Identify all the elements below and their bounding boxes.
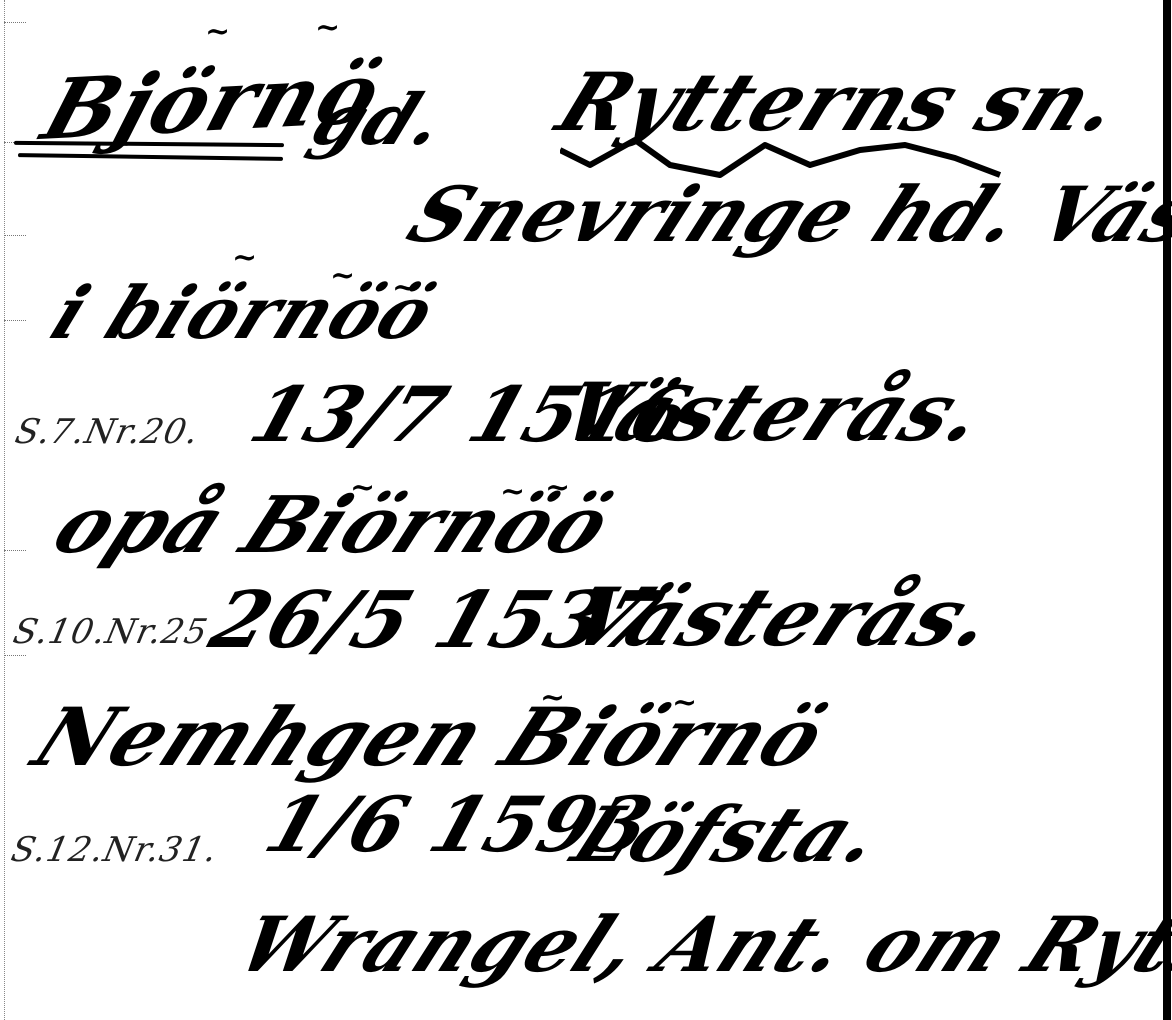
entry-1-place: Västerås. [545,365,1002,459]
source-citation: Wrangel, Ant. om Rytterns sn. [225,900,1172,989]
card-right-border [1163,0,1171,1020]
district-label: Snevringe hd. Väst. [395,170,1172,259]
entry-2-reference: S.10.Nr.25. [10,612,224,652]
heading-underline [18,153,283,161]
entry-3-form: Nemhgen Biörnö [20,690,841,784]
entry-1-form: i biörnöö [40,270,448,355]
margin-tick [4,22,26,23]
archive-index-card: Björnö ~ ~ gd. Rytterns sn. Snevringe hd… [0,0,1172,1020]
diacritic-mark: ~ [205,14,230,49]
margin-tick [4,320,26,321]
margin-tick [4,235,26,236]
margin-tick [4,655,26,656]
diacritic-mark: ~ [315,10,340,45]
entry-2-form: opå Biörnöö [40,480,625,571]
entry-2-place: Västerås. [555,570,1012,664]
entry-1-reference: S.7.Nr.20. [12,412,203,452]
card-left-edge [4,0,6,1020]
entry-3-reference: S.12.Nr.31. [8,830,222,870]
entry-3-place: Löfsta. [560,790,897,879]
margin-tick [4,550,26,551]
